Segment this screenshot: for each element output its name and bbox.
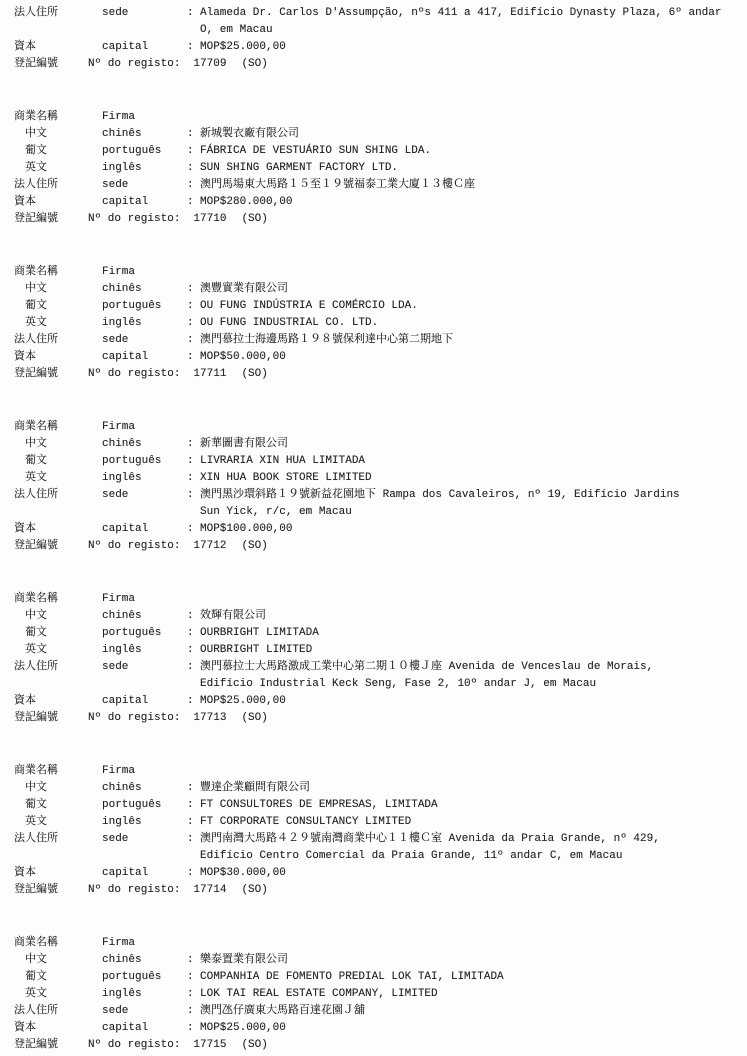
portuguese-label-pt: português — [102, 625, 187, 642]
portuguese-name-cell: :COMPANHIA DE FOMENTO PREDIAL LOK TAI, L… — [187, 969, 741, 986]
firm-label-pt: Firma — [102, 109, 187, 126]
chinese-label-zh: 中文 — [14, 780, 102, 797]
seat-label-zh: 法人住所 — [14, 177, 102, 194]
capital-cell: :MOP$280.000,00 — [187, 194, 741, 211]
colon: : — [187, 608, 194, 625]
colon: : — [187, 986, 194, 1003]
english-label-pt: inglês — [102, 315, 187, 332]
company-capital: MOP$280.000,00 — [200, 196, 292, 208]
seat-label-zh: 法人住所 — [14, 5, 102, 22]
company-seat: 澳門慕拉士海邊馬路１９８號保利達中心第二期地下 — [200, 334, 453, 346]
english-name-row: 英文 inglês :SUN SHING GARMENT FACTORY LTD… — [14, 160, 741, 177]
chinese-label-zh: 中文 — [14, 952, 102, 969]
colon: : — [187, 642, 194, 659]
firm-row: 商業名稱 Firma — [14, 591, 741, 608]
company-name-en: OURBRIGHT LIMITED — [200, 644, 312, 656]
seat-row: 法人住所 sede :澳門南灣大馬路４２９號南灣商業中心１１樓Ｃ室 Avenid… — [14, 831, 741, 865]
english-name-cell: :XIN HUA BOOK STORE LIMITED — [187, 470, 741, 487]
colon: : — [187, 39, 194, 56]
colon: : — [187, 298, 194, 315]
firm-label-pt: Firma — [102, 419, 187, 436]
registry-label-zh: 登記編號 — [14, 366, 88, 383]
company-capital: MOP$100.000,00 — [200, 523, 292, 535]
portuguese-name-cell: :FÁBRICA DE VESTUÁRIO SUN SHING LDA. — [187, 143, 741, 160]
english-label-pt: inglês — [102, 470, 187, 487]
english-name-cell: :OU FUNG INDUSTRIAL CO. LTD. — [187, 315, 741, 332]
registry-suffix: (SO) — [241, 882, 267, 899]
english-label-zh: 英文 — [14, 986, 102, 1003]
seat-cell: :Alameda Dr. Carlos D'Assumpção, nºs 411… — [187, 5, 741, 39]
seat-row: 法人住所 sede :澳門慕拉士大馬路激成工業中心第二期１０樓Ｊ座 Avenid… — [14, 659, 741, 693]
capital-cell: :MOP$100.000,00 — [187, 521, 741, 538]
registry-label-pt: Nº do registo: — [88, 211, 180, 228]
english-name-cell: :SUN SHING GARMENT FACTORY LTD. — [187, 160, 741, 177]
chinese-name-cell: :新城製衣廠有限公司 — [187, 126, 741, 143]
firm-row: 商業名稱 Firma — [14, 763, 741, 780]
portuguese-name-cell: :OURBRIGHT LIMITADA — [187, 625, 741, 642]
colon: : — [187, 625, 194, 642]
english-name-row: 英文 inglês :OURBRIGHT LIMITED — [14, 642, 741, 659]
colon: : — [187, 126, 194, 143]
company-capital: MOP$25.000,00 — [200, 1022, 286, 1034]
capital-cell: :MOP$25.000,00 — [187, 1020, 741, 1037]
chinese-name-cell: :澳豐實業有限公司 — [187, 281, 741, 298]
colon: : — [187, 1003, 194, 1020]
company-entry-17712: 商業名稱 Firma 中文 chinês :新華圖書有限公司 葡文 portug… — [14, 419, 741, 555]
firm-label-zh: 商業名稱 — [14, 419, 102, 436]
colon: : — [187, 436, 194, 453]
company-entry-17709: 法人住所 sede :Alameda Dr. Carlos D'Assumpçã… — [14, 5, 741, 73]
capital-label-zh: 資本 — [14, 194, 102, 211]
registry-label-zh: 登記編號 — [14, 882, 88, 899]
capital-label-pt: capital — [102, 194, 187, 211]
capital-label-zh: 資本 — [14, 865, 102, 882]
company-seat: 澳門黑沙環斜路１９號新益花園地下 Rampa dos Cavaleiros, n… — [200, 489, 680, 518]
company-entry-17711: 商業名稱 Firma 中文 chinês :澳豐實業有限公司 葡文 portug… — [14, 264, 741, 383]
registry-suffix: (SO) — [241, 538, 267, 555]
company-name-en: SUN SHING GARMENT FACTORY LTD. — [200, 162, 398, 174]
firm-label-pt: Firma — [102, 763, 187, 780]
portuguese-label-zh: 葡文 — [14, 143, 102, 160]
colon: : — [187, 831, 194, 848]
portuguese-label-zh: 葡文 — [14, 969, 102, 986]
company-seat: Alameda Dr. Carlos D'Assumpção, nºs 411 … — [200, 7, 722, 36]
capital-cell: :MOP$25.000,00 — [187, 693, 741, 710]
company-entry-17714: 商業名稱 Firma 中文 chinês :豐達企業顧問有限公司 葡文 port… — [14, 763, 741, 899]
company-seat: 澳門南灣大馬路４２９號南灣商業中心１１樓Ｃ室 Avenida da Praia … — [200, 833, 660, 862]
registry-number: 17713 — [193, 710, 226, 727]
portuguese-label-pt: português — [102, 969, 187, 986]
seat-label-pt: sede — [102, 177, 187, 194]
english-label-pt: inglês — [102, 986, 187, 1003]
company-capital: MOP$50.000,00 — [200, 351, 286, 363]
colon: : — [187, 160, 194, 177]
company-entry-17710: 商業名稱 Firma 中文 chinês :新城製衣廠有限公司 葡文 portu… — [14, 109, 741, 228]
company-capital: MOP$30.000,00 — [200, 867, 286, 879]
english-label-zh: 英文 — [14, 160, 102, 177]
firm-label-pt: Firma — [102, 264, 187, 281]
seat-row: 法人住所 sede :澳門慕拉士海邊馬路１９８號保利達中心第二期地下 — [14, 332, 741, 349]
firm-row: 商業名稱 Firma — [14, 935, 741, 952]
capital-row: 資本 capital :MOP$25.000,00 — [14, 1020, 741, 1037]
chinese-label-pt: chinês — [102, 608, 187, 625]
capital-label-zh: 資本 — [14, 693, 102, 710]
capital-cell: :MOP$50.000,00 — [187, 349, 741, 366]
registry-label-pt: Nº do registo: — [88, 710, 180, 727]
registry-label-zh: 登記編號 — [14, 1037, 88, 1054]
seat-label-zh: 法人住所 — [14, 659, 102, 676]
seat-label-pt: sede — [102, 1003, 187, 1020]
chinese-label-zh: 中文 — [14, 608, 102, 625]
colon: : — [187, 814, 194, 831]
colon: : — [187, 659, 194, 676]
colon: : — [187, 453, 194, 470]
portuguese-label-pt: português — [102, 143, 187, 160]
chinese-label-pt: chinês — [102, 126, 187, 143]
portuguese-name-row: 葡文 português :OU FUNG INDÚSTRIA E COMÉRC… — [14, 298, 741, 315]
company-seat: 澳門馬場東大馬路１５至１９號福泰工業大廈１３樓Ｃ座 — [200, 179, 475, 191]
capital-label-zh: 資本 — [14, 1020, 102, 1037]
colon: : — [187, 332, 194, 349]
colon: : — [187, 349, 194, 366]
seat-cell: :澳門黑沙環斜路１９號新益花園地下 Rampa dos Cavaleiros, … — [187, 487, 741, 521]
registry-number: 17709 — [193, 56, 226, 73]
seat-label-pt: sede — [102, 332, 187, 349]
portuguese-name-cell: :LIVRARIA XIN HUA LIMITADA — [187, 453, 741, 470]
chinese-name-row: 中文 chinês :效輝有限公司 — [14, 608, 741, 625]
capital-label-zh: 資本 — [14, 39, 102, 56]
chinese-name-cell: :豐達企業顧問有限公司 — [187, 780, 741, 797]
company-seat: 澳門慕拉士大馬路激成工業中心第二期１０樓Ｊ座 Avenida de Vences… — [200, 661, 653, 690]
portuguese-name-row: 葡文 português :OURBRIGHT LIMITADA — [14, 625, 741, 642]
colon: : — [187, 281, 194, 298]
firm-label-zh: 商業名稱 — [14, 264, 102, 281]
chinese-label-pt: chinês — [102, 952, 187, 969]
company-name-pt: LIVRARIA XIN HUA LIMITADA — [200, 455, 365, 467]
english-name-row: 英文 inglês :FT CORPORATE CONSULTANCY LIMI… — [14, 814, 741, 831]
firm-label-zh: 商業名稱 — [14, 109, 102, 126]
portuguese-name-cell: :OU FUNG INDÚSTRIA E COMÉRCIO LDA. — [187, 298, 741, 315]
firm-label-pt: Firma — [102, 591, 187, 608]
chinese-name-row: 中文 chinês :樂泰置業有限公司 — [14, 952, 741, 969]
registry-suffix: (SO) — [241, 1037, 267, 1054]
registry-label-pt: Nº do registo: — [88, 538, 180, 555]
registry-label-zh: 登記編號 — [14, 538, 88, 555]
firm-label-zh: 商業名稱 — [14, 935, 102, 952]
firm-row: 商業名稱 Firma — [14, 419, 741, 436]
english-name-row: 英文 inglês :LOK TAI REAL ESTATE COMPANY, … — [14, 986, 741, 1003]
registry-label-zh: 登記編號 — [14, 211, 88, 228]
company-name-pt: FÁBRICA DE VESTUÁRIO SUN SHING LDA. — [200, 145, 431, 157]
company-capital: MOP$25.000,00 — [200, 695, 286, 707]
colon: : — [187, 797, 194, 814]
seat-cell: :澳門氹仔廣東大馬路百達花園Ｊ舖 — [187, 1003, 741, 1020]
registry-row: 登記編號 Nº do registo: 17709 (SO) — [14, 56, 741, 73]
registry-suffix: (SO) — [241, 366, 267, 383]
company-name-zh: 新城製衣廠有限公司 — [200, 128, 299, 140]
seat-row: 法人住所 sede :Alameda Dr. Carlos D'Assumpçã… — [14, 5, 741, 39]
english-name-row: 英文 inglês :XIN HUA BOOK STORE LIMITED — [14, 470, 741, 487]
registry-number: 17714 — [193, 882, 226, 899]
english-label-pt: inglês — [102, 814, 187, 831]
capital-cell: :MOP$30.000,00 — [187, 865, 741, 882]
colon: : — [187, 693, 194, 710]
capital-label-zh: 資本 — [14, 349, 102, 366]
registry-suffix: (SO) — [241, 211, 267, 228]
company-name-en: OU FUNG INDUSTRIAL CO. LTD. — [200, 317, 378, 329]
company-name-zh: 澳豐實業有限公司 — [200, 283, 288, 295]
firm-label-zh: 商業名稱 — [14, 763, 102, 780]
capital-label-pt: capital — [102, 39, 187, 56]
registry-row: 登記編號 Nº do registo: 17713 (SO) — [14, 710, 741, 727]
english-name-cell: :LOK TAI REAL ESTATE COMPANY, LIMITED — [187, 986, 741, 1003]
capital-row: 資本 capital :MOP$100.000,00 — [14, 521, 741, 538]
registry-label-pt: Nº do registo: — [88, 1037, 180, 1054]
registry-label-zh: 登記編號 — [14, 56, 88, 73]
company-name-en: FT CORPORATE CONSULTANCY LIMITED — [200, 816, 411, 828]
chinese-name-cell: :新華圖書有限公司 — [187, 436, 741, 453]
company-name-en: LOK TAI REAL ESTATE COMPANY, LIMITED — [200, 988, 438, 1000]
registry-row: 登記編號 Nº do registo: 17714 (SO) — [14, 882, 741, 899]
company-name-en: XIN HUA BOOK STORE LIMITED — [200, 472, 372, 484]
colon: : — [187, 969, 194, 986]
registry-label-pt: Nº do registo: — [88, 882, 180, 899]
chinese-label-zh: 中文 — [14, 281, 102, 298]
capital-row: 資本 capital :MOP$30.000,00 — [14, 865, 741, 882]
seat-cell: :澳門馬場東大馬路１５至１９號福泰工業大廈１３樓Ｃ座 — [187, 177, 741, 194]
colon: : — [187, 315, 194, 332]
registry-label-pt: Nº do registo: — [88, 366, 180, 383]
chinese-label-pt: chinês — [102, 436, 187, 453]
portuguese-label-pt: português — [102, 797, 187, 814]
chinese-label-zh: 中文 — [14, 436, 102, 453]
chinese-label-pt: chinês — [102, 780, 187, 797]
seat-label-pt: sede — [102, 5, 187, 22]
capital-row: 資本 capital :MOP$25.000,00 — [14, 693, 741, 710]
portuguese-name-row: 葡文 português :FÁBRICA DE VESTUÁRIO SUN S… — [14, 143, 741, 160]
seat-cell: :澳門慕拉士海邊馬路１９８號保利達中心第二期地下 — [187, 332, 741, 349]
seat-row: 法人住所 sede :澳門馬場東大馬路１５至１９號福泰工業大廈１３樓Ｃ座 — [14, 177, 741, 194]
registry-row: 登記編號 Nº do registo: 17711 (SO) — [14, 366, 741, 383]
capital-label-pt: capital — [102, 521, 187, 538]
english-label-zh: 英文 — [14, 642, 102, 659]
registry-number: 17710 — [193, 211, 226, 228]
english-label-pt: inglês — [102, 160, 187, 177]
firm-label-pt: Firma — [102, 935, 187, 952]
registry-suffix: (SO) — [241, 710, 267, 727]
portuguese-name-row: 葡文 português :LIVRARIA XIN HUA LIMITADA — [14, 453, 741, 470]
registry-suffix: (SO) — [241, 56, 267, 73]
capital-label-zh: 資本 — [14, 521, 102, 538]
seat-label-zh: 法人住所 — [14, 332, 102, 349]
company-entry-17713: 商業名稱 Firma 中文 chinês :效輝有限公司 葡文 portuguê… — [14, 591, 741, 727]
firm-label-zh: 商業名稱 — [14, 591, 102, 608]
seat-label-pt: sede — [102, 659, 187, 676]
colon: : — [187, 952, 194, 969]
company-name-pt: FT CONSULTORES DE EMPRESAS, LIMITADA — [200, 799, 438, 811]
english-label-zh: 英文 — [14, 814, 102, 831]
portuguese-name-row: 葡文 português :FT CONSULTORES DE EMPRESAS… — [14, 797, 741, 814]
chinese-name-row: 中文 chinês :澳豐實業有限公司 — [14, 281, 741, 298]
colon: : — [187, 143, 194, 160]
company-name-zh: 效輝有限公司 — [200, 610, 266, 622]
chinese-label-pt: chinês — [102, 281, 187, 298]
company-capital: MOP$25.000,00 — [200, 41, 286, 53]
english-label-zh: 英文 — [14, 315, 102, 332]
chinese-name-row: 中文 chinês :豐達企業顧問有限公司 — [14, 780, 741, 797]
portuguese-label-pt: português — [102, 453, 187, 470]
capital-label-pt: capital — [102, 349, 187, 366]
seat-cell: :澳門南灣大馬路４２９號南灣商業中心１１樓Ｃ室 Avenida da Praia… — [187, 831, 741, 865]
registry-number: 17715 — [193, 1037, 226, 1054]
chinese-name-row: 中文 chinês :新城製衣廠有限公司 — [14, 126, 741, 143]
english-label-zh: 英文 — [14, 470, 102, 487]
portuguese-label-pt: português — [102, 298, 187, 315]
colon: : — [187, 177, 194, 194]
seat-label-pt: sede — [102, 487, 187, 504]
company-name-zh: 新華圖書有限公司 — [200, 438, 288, 450]
capital-row: 資本 capital :MOP$50.000,00 — [14, 349, 741, 366]
registry-number: 17712 — [193, 538, 226, 555]
company-name-pt: COMPANHIA DE FOMENTO PREDIAL LOK TAI, LI… — [200, 971, 504, 983]
company-name-zh: 樂泰置業有限公司 — [200, 954, 288, 966]
portuguese-label-zh: 葡文 — [14, 298, 102, 315]
colon: : — [187, 487, 194, 504]
portuguese-name-row: 葡文 português :COMPANHIA DE FOMENTO PREDI… — [14, 969, 741, 986]
capital-row: 資本 capital :MOP$25.000,00 — [14, 39, 741, 56]
chinese-name-cell: :效輝有限公司 — [187, 608, 741, 625]
registry-number: 17711 — [193, 366, 226, 383]
registry-row: 登記編號 Nº do registo: 17715 (SO) — [14, 1037, 741, 1054]
gazette-page: 法人住所 sede :Alameda Dr. Carlos D'Assumpçã… — [0, 0, 747, 1054]
english-label-pt: inglês — [102, 642, 187, 659]
capital-label-pt: capital — [102, 1020, 187, 1037]
seat-cell: :澳門慕拉士大馬路激成工業中心第二期１０樓Ｊ座 Avenida de Vence… — [187, 659, 741, 693]
seat-label-pt: sede — [102, 831, 187, 848]
company-entry-17715: 商業名稱 Firma 中文 chinês :樂泰置業有限公司 葡文 portug… — [14, 935, 741, 1054]
capital-cell: :MOP$25.000,00 — [187, 39, 741, 56]
seat-row: 法人住所 sede :澳門黑沙環斜路１９號新益花園地下 Rampa dos Ca… — [14, 487, 741, 521]
colon: : — [187, 1020, 194, 1037]
chinese-label-zh: 中文 — [14, 126, 102, 143]
company-name-pt: OU FUNG INDÚSTRIA E COMÉRCIO LDA. — [200, 300, 418, 312]
registry-row: 登記編號 Nº do registo: 17710 (SO) — [14, 211, 741, 228]
firm-row: 商業名稱 Firma — [14, 264, 741, 281]
seat-row: 法人住所 sede :澳門氹仔廣東大馬路百達花園Ｊ舖 — [14, 1003, 741, 1020]
colon: : — [187, 194, 194, 211]
seat-label-zh: 法人住所 — [14, 1003, 102, 1020]
portuguese-label-zh: 葡文 — [14, 453, 102, 470]
english-name-cell: :FT CORPORATE CONSULTANCY LIMITED — [187, 814, 741, 831]
registry-label-zh: 登記編號 — [14, 710, 88, 727]
colon: : — [187, 865, 194, 882]
company-name-pt: OURBRIGHT LIMITADA — [200, 627, 319, 639]
seat-label-zh: 法人住所 — [14, 831, 102, 848]
firm-row: 商業名稱 Firma — [14, 109, 741, 126]
english-name-row: 英文 inglês :OU FUNG INDUSTRIAL CO. LTD. — [14, 315, 741, 332]
registry-label-pt: Nº do registo: — [88, 56, 180, 73]
chinese-name-cell: :樂泰置業有限公司 — [187, 952, 741, 969]
english-name-cell: :OURBRIGHT LIMITED — [187, 642, 741, 659]
portuguese-name-cell: :FT CONSULTORES DE EMPRESAS, LIMITADA — [187, 797, 741, 814]
chinese-name-row: 中文 chinês :新華圖書有限公司 — [14, 436, 741, 453]
colon: : — [187, 521, 194, 538]
registry-row: 登記編號 Nº do registo: 17712 (SO) — [14, 538, 741, 555]
portuguese-label-zh: 葡文 — [14, 625, 102, 642]
colon: : — [187, 5, 194, 22]
company-name-zh: 豐達企業顧問有限公司 — [200, 782, 310, 794]
company-seat: 澳門氹仔廣東大馬路百達花園Ｊ舖 — [200, 1005, 365, 1017]
capital-label-pt: capital — [102, 865, 187, 882]
colon: : — [187, 780, 194, 797]
seat-label-zh: 法人住所 — [14, 487, 102, 504]
capital-row: 資本 capital :MOP$280.000,00 — [14, 194, 741, 211]
capital-label-pt: capital — [102, 693, 187, 710]
portuguese-label-zh: 葡文 — [14, 797, 102, 814]
colon: : — [187, 470, 194, 487]
